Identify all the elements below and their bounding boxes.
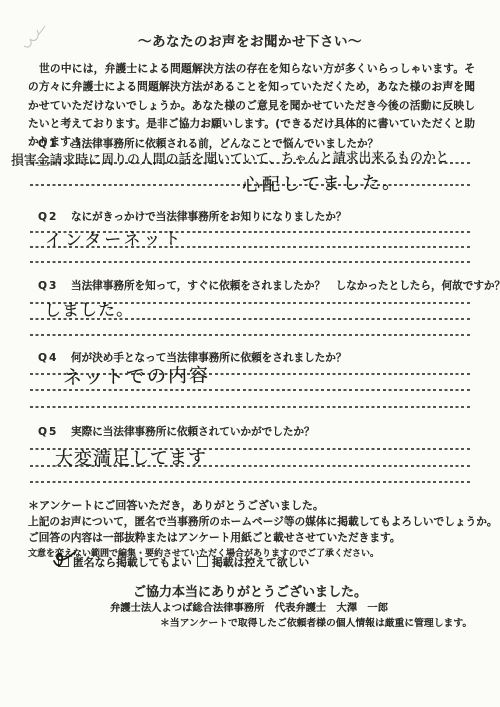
handwritten-answer-1-line1: 損害金請求時に周りの人間の話を聞いていて、ちゃんと請求出来るものかと (11, 147, 449, 170)
question-3-number: Q3 (38, 280, 71, 292)
publish-detail-line: ご回答の内容は一部抜粋またはアンケート用紙ごと載せさせていただきます。 (28, 530, 401, 545)
publish-request-line: 上記のお声について，匿名で当事務所のホームページ等の媒体に掲載してもよろしいでし… (28, 514, 498, 529)
answer-line (30, 406, 472, 408)
question-5-text: 実際に当法律事務所に依頼されていかがでしたか？ (71, 426, 315, 438)
question-2-number: Q2 (38, 211, 71, 223)
consent-option-no-publish: 掲載は控えて欲しい (197, 555, 309, 570)
handwritten-answer-3: しました。 (44, 295, 134, 321)
question-3: Q3当法律事務所を知って，すぐに依頼をされましたか？ しなかったとしたら，何故で… (38, 278, 478, 293)
handwritten-answer-2: インターネット (45, 224, 184, 251)
handwritten-answer-1-line2: 心配してました。 (242, 168, 402, 197)
question-5-number: Q5 (38, 426, 71, 438)
page-title: ～あなたのお声をお聞かせ下さい～ (0, 30, 500, 50)
handwritten-answer-5: 大変満足してます (55, 444, 207, 471)
consent-option-anonymous-ok: 匿名なら掲載してもよい (58, 555, 192, 570)
question-2: Q2なにがきっかけで当法律事務所をお知りになりましたか？ (38, 209, 478, 224)
question-5: Q5実際に当法律事務所に依頼されていかがでしたか？ (38, 424, 478, 439)
question-1-number: Q1 (38, 138, 71, 150)
handwritten-answer-4: ネットでの内容 (63, 360, 210, 390)
footer-thanks: ご協力本当にありがとうございました。 (0, 581, 500, 600)
survey-thanks-note: ＊アンケートにご回答いただき，ありがとうございました。 (28, 497, 324, 513)
answer-line (30, 481, 472, 483)
checkbox-anonymous-ok (58, 556, 69, 567)
question-2-text: なにがきっかけで当法律事務所をお知りになりましたか？ (71, 211, 346, 223)
question-3-text: 当法律事務所を知って，すぐに依頼をされましたか？ しなかったとしたら，何故ですか… (71, 280, 500, 292)
consent-option-no-publish-label: 掲載は控えて欲しい (212, 556, 309, 569)
firm-signature-line: 弁護士法人よつば総合法律事務所 代表弁護士 大澤 一郎 (110, 599, 388, 614)
consent-option-anonymous-ok-label: 匿名なら掲載してもよい (73, 556, 192, 569)
answer-line (30, 261, 472, 263)
privacy-note: ＊当アンケートで取得したご依頼者様の個人情報は厳重に管理します。 (160, 615, 472, 629)
checkbox-no-publish (197, 556, 208, 567)
answer-line (30, 334, 472, 336)
survey-document: ～あなたのお声をお聞かせ下さい～ 世の中には，弁護士による問題解決方法の存在を知… (0, 0, 500, 707)
